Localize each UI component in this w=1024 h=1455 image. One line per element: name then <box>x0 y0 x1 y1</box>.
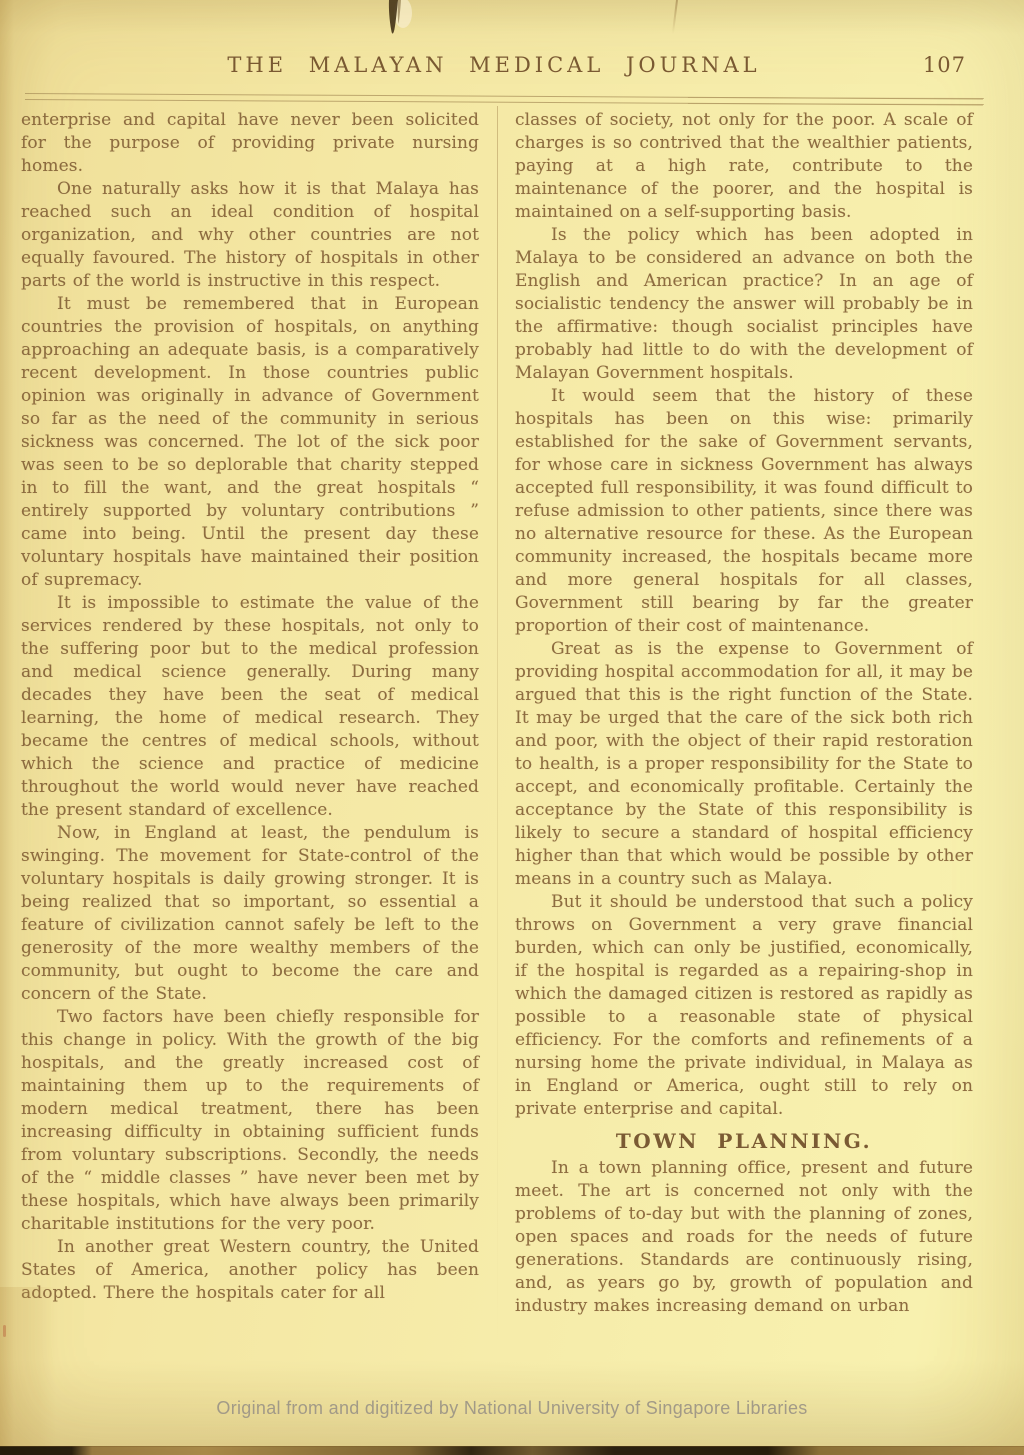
paragraph: Is the policy which has been adopted in … <box>515 224 973 385</box>
journal-title: THE MALAYAN MEDICAL JOURNAL <box>0 53 1006 77</box>
scan-edge-strip <box>0 1446 1024 1455</box>
paragraph: In a town planning office, present and f… <box>515 1157 973 1318</box>
column-divider <box>497 106 498 1351</box>
header-rule-right-segment <box>688 97 984 105</box>
right-column: classes of society, not only for the poo… <box>515 109 973 1318</box>
right-column-bottom: In a town planning office, present and f… <box>515 1157 973 1318</box>
paragraph: One naturally asks how it is that Malaya… <box>21 178 479 293</box>
right-column-top: classes of society, not only for the poo… <box>515 109 973 1121</box>
paragraph: Two factors have been chiefly responsibl… <box>21 1006 479 1236</box>
paragraph: Now, in England at least, the pendulum i… <box>21 822 479 1006</box>
page-number: 107 <box>923 53 966 77</box>
left-column: enterprise and capital have never been s… <box>21 109 479 1318</box>
page-edge-shading <box>0 1287 56 1447</box>
paragraph: classes of society, not only for the poo… <box>515 109 973 224</box>
section-heading: TOWN PLANNING. <box>515 1129 973 1153</box>
digitization-credit: Original from and digitized by National … <box>0 1398 1024 1419</box>
paragraph: enterprise and capital have never been s… <box>21 109 479 178</box>
scanned-page: THE MALAYAN MEDICAL JOURNAL 107 enterpri… <box>0 0 1024 1455</box>
paragraph: But it should be understood that such a … <box>515 891 973 1121</box>
paper-crack-artifact <box>672 0 678 34</box>
paragraph: It must be remembered that in European c… <box>21 293 479 592</box>
paragraph: It would seem that the history of these … <box>515 385 973 638</box>
paragraph: Great as is the expense to Government of… <box>515 638 973 891</box>
paragraph: It is impossible to estimate the value o… <box>21 592 479 822</box>
paragraph: In another great Western country, the Un… <box>21 1236 479 1305</box>
ink-blot-artifact <box>384 0 414 42</box>
